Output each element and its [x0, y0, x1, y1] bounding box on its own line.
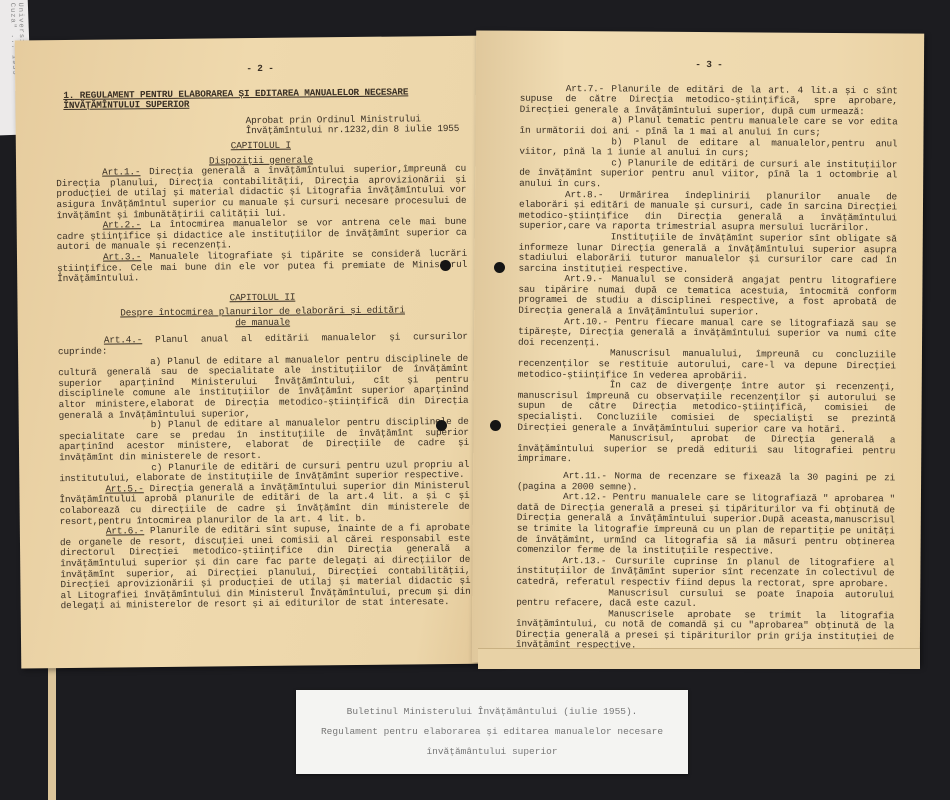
punch-hole	[494, 262, 505, 273]
article-7: Art.7.- Planurile de editări de la art. …	[520, 83, 898, 117]
article-13-paragraph: Manuscrisele aprobate se trimit la litog…	[516, 608, 894, 653]
article-6: Art.6.- Planurile de editări sînt supuse…	[60, 523, 471, 612]
page-number: - 2 -	[55, 62, 465, 77]
article-7-b: b) Planul de editare al manualelor,pentr…	[519, 136, 897, 160]
article-10-paragraph: Manuscrisul, aprobat de Direcția general…	[517, 433, 895, 467]
article-10-paragraph: În caz de divergențe între autor și rece…	[517, 380, 895, 436]
approval-note: Aprobat prin Ordinul Ministrului Învățăm…	[246, 114, 466, 137]
document-title: 1. REGULAMENT PENTRU ELABORAREA ȘI EDITA…	[55, 86, 465, 111]
article-5: Art.5.- Direcția generală a învățămîntul…	[59, 481, 469, 528]
chapter-title: CAPITOLUL I	[56, 139, 466, 154]
article-10-paragraph: Manuscrisul manualului, împreună cu conc…	[518, 348, 896, 382]
page-bottom-edge	[478, 648, 920, 669]
article-3: Art.3.- Manualele litografiate și tipări…	[57, 249, 467, 285]
document-page-right: - 3 - Art.7.- Planurile de editări de la…	[472, 30, 924, 665]
article-4-b: b) Planul de editare al manualelor pentr…	[59, 417, 469, 464]
article-13: Art.13.- Cursurile cuprinse în planul de…	[516, 555, 894, 589]
article-8-paragraph: Instituțiile de învățămînt superior sînt…	[519, 232, 897, 277]
article-13-paragraph: Manuscrisul cursului se poate înapoia au…	[516, 587, 894, 611]
article-12: Art.12.- Pentru manualele care se litogr…	[517, 492, 895, 558]
article-8: Art.8.- Urmărirea îndeplinirii planurilo…	[519, 189, 897, 234]
caption-line: învățământului superior	[296, 742, 688, 762]
article-7-a: a) Planul tematic pentru manualele care …	[519, 115, 897, 139]
chapter-title: CAPITOLUL II	[57, 290, 467, 305]
document-page-left: - 2 - 1. REGULAMENT PENTRU ELABORAREA ȘI…	[15, 36, 502, 669]
article-9: Art.9.- Manualul se consideră angajat pe…	[518, 274, 896, 319]
exhibit-caption-card: Buletinul Ministerului Învățământului (i…	[296, 690, 688, 774]
punch-hole	[440, 260, 451, 271]
article-10: Art.10.- Pentru fiecare manual care se l…	[518, 316, 896, 350]
punch-hole	[436, 420, 447, 431]
article-4-a: a) Planul de editare al manualelor pentr…	[58, 353, 469, 421]
article-1: Art.1.- Direcția generală a învățămîntul…	[56, 164, 467, 221]
chapter-subtitle: Despre întocmirea planurilor de elaborăr…	[58, 305, 468, 330]
caption-line: Buletinul Ministerului Învățământului (i…	[296, 702, 688, 722]
caption-line: Regulament pentru elaborarea și editarea…	[296, 722, 688, 742]
punch-hole	[490, 420, 501, 431]
page-number: - 3 -	[520, 59, 898, 72]
article-7-c: c) Planurile de editări de cursuri ale i…	[519, 157, 897, 191]
